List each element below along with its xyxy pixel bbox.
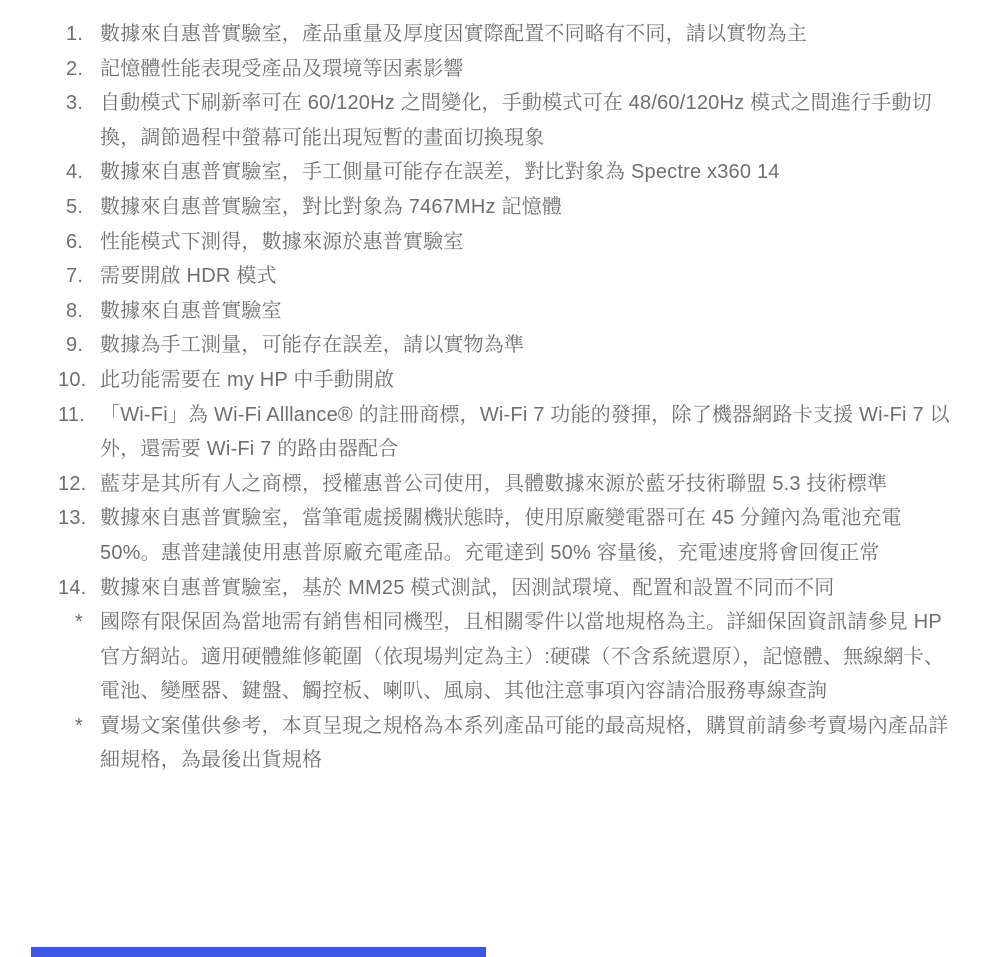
footnote-marker: 1.: [58, 17, 100, 52]
page: { "page": { "background": "#ffffff", "te…: [0, 0, 1000, 957]
footnote-item: 12. 藍芽是其所有人之商標，授權惠普公司使用，具體數據來源於藍牙技術聯盟 5.…: [58, 467, 956, 502]
footnote-text: 國際有限保固為當地需有銷售相同機型，且相關零件以當地規格為主。詳細保固資訊請參見…: [100, 605, 956, 709]
footnotes-list: 1. 數據來自惠普實驗室，產品重量及厚度因實際配置不同略有不同，請以實物為主 2…: [58, 17, 956, 778]
footnote-text: 藍芽是其所有人之商標，授權惠普公司使用，具體數據來源於藍牙技術聯盟 5.3 技術…: [100, 467, 956, 502]
footnote-marker: 7.: [58, 259, 100, 294]
footnote-text: 自動模式下刷新率可在 60/120Hz 之間變化，手動模式可在 48/60/12…: [100, 86, 956, 155]
footnote-item: 8. 數據來自惠普實驗室: [58, 294, 956, 329]
footnote-marker: *: [58, 605, 100, 640]
footnote-marker: 8.: [58, 294, 100, 329]
bottom-blue-bar: [31, 947, 486, 957]
footnote-marker: 12.: [58, 467, 100, 502]
footnote-text: 此功能需要在 my HP 中手動開啟: [100, 363, 956, 398]
footnote-item: 11. 「Wi-Fi」為 Wi-Fi Alllance® 的註冊商標，Wi-Fi…: [58, 398, 956, 467]
footnote-item: * 國際有限保固為當地需有銷售相同機型，且相關零件以當地規格為主。詳細保固資訊請…: [58, 605, 956, 709]
footnote-text: 數據來自惠普實驗室: [100, 294, 956, 329]
footnote-marker: 14.: [58, 571, 100, 606]
footnote-item: 14. 數據來自惠普實驗室，基於 MM25 模式測試，因測試環境、配置和設置不同…: [58, 571, 956, 606]
footnote-text: 賣場文案僅供參考，本頁呈現之規格為本系列產品可能的最高規格，購買前請參考賣場內產…: [100, 709, 956, 778]
footnote-item: 4. 數據來自惠普實驗室，手工側量可能存在誤差，對比對象為 Spectre x3…: [58, 155, 956, 190]
footnote-item: 7. 需要開啟 HDR 模式: [58, 259, 956, 294]
footnote-item: 5. 數據來自惠普實驗室，對比對象為 7467MHz 記憶體: [58, 190, 956, 225]
footnote-marker: 6.: [58, 225, 100, 260]
footnote-text: 需要開啟 HDR 模式: [100, 259, 956, 294]
footnote-marker: 13.: [58, 501, 100, 536]
footnote-text: 「Wi-Fi」為 Wi-Fi Alllance® 的註冊商標，Wi-Fi 7 功…: [100, 398, 956, 467]
footnote-text: 數據為手工測量，可能存在誤差，請以實物為準: [100, 328, 956, 363]
footnote-marker: 10.: [58, 363, 100, 398]
footnote-item: 10. 此功能需要在 my HP 中手動開啟: [58, 363, 956, 398]
footnote-text: 數據來自惠普實驗室，對比對象為 7467MHz 記憶體: [100, 190, 956, 225]
footnote-marker: 9.: [58, 328, 100, 363]
footnote-marker: 2.: [58, 52, 100, 87]
footnote-marker: *: [58, 709, 100, 744]
footnote-marker: 5.: [58, 190, 100, 225]
footnote-text: 數據來自惠普實驗室，手工側量可能存在誤差，對比對象為 Spectre x360 …: [100, 155, 956, 190]
footnote-text: 性能模式下測得，數據來源於惠普實驗室: [100, 225, 956, 260]
footnote-item: 2. 記憶體性能表現受產品及環境等因素影響: [58, 52, 956, 87]
footnote-text: 數據來自惠普實驗室，基於 MM25 模式測試，因測試環境、配置和設置不同而不同: [100, 571, 956, 606]
footnote-item: 3. 自動模式下刷新率可在 60/120Hz 之間變化，手動模式可在 48/60…: [58, 86, 956, 155]
footnote-item: 13. 數據來自惠普實驗室，當筆電處援關機狀態時，使用原廠變電器可在 45 分鐘…: [58, 501, 956, 570]
footnote-item: 9. 數據為手工測量，可能存在誤差，請以實物為準: [58, 328, 956, 363]
footnote-text: 記憶體性能表現受產品及環境等因素影響: [100, 52, 956, 87]
footnote-item: 6. 性能模式下測得，數據來源於惠普實驗室: [58, 225, 956, 260]
footnote-marker: 4.: [58, 155, 100, 190]
footnote-marker: 3.: [58, 86, 100, 121]
footnote-text: 數據來自惠普實驗室，產品重量及厚度因實際配置不同略有不同，請以實物為主: [100, 17, 956, 52]
footnote-text: 數據來自惠普實驗室，當筆電處援關機狀態時，使用原廠變電器可在 45 分鐘內為電池…: [100, 501, 956, 570]
footnote-marker: 11.: [58, 398, 100, 433]
footnote-item: 1. 數據來自惠普實驗室，產品重量及厚度因實際配置不同略有不同，請以實物為主: [58, 17, 956, 52]
footnote-item: * 賣場文案僅供參考，本頁呈現之規格為本系列產品可能的最高規格，購買前請參考賣場…: [58, 709, 956, 778]
